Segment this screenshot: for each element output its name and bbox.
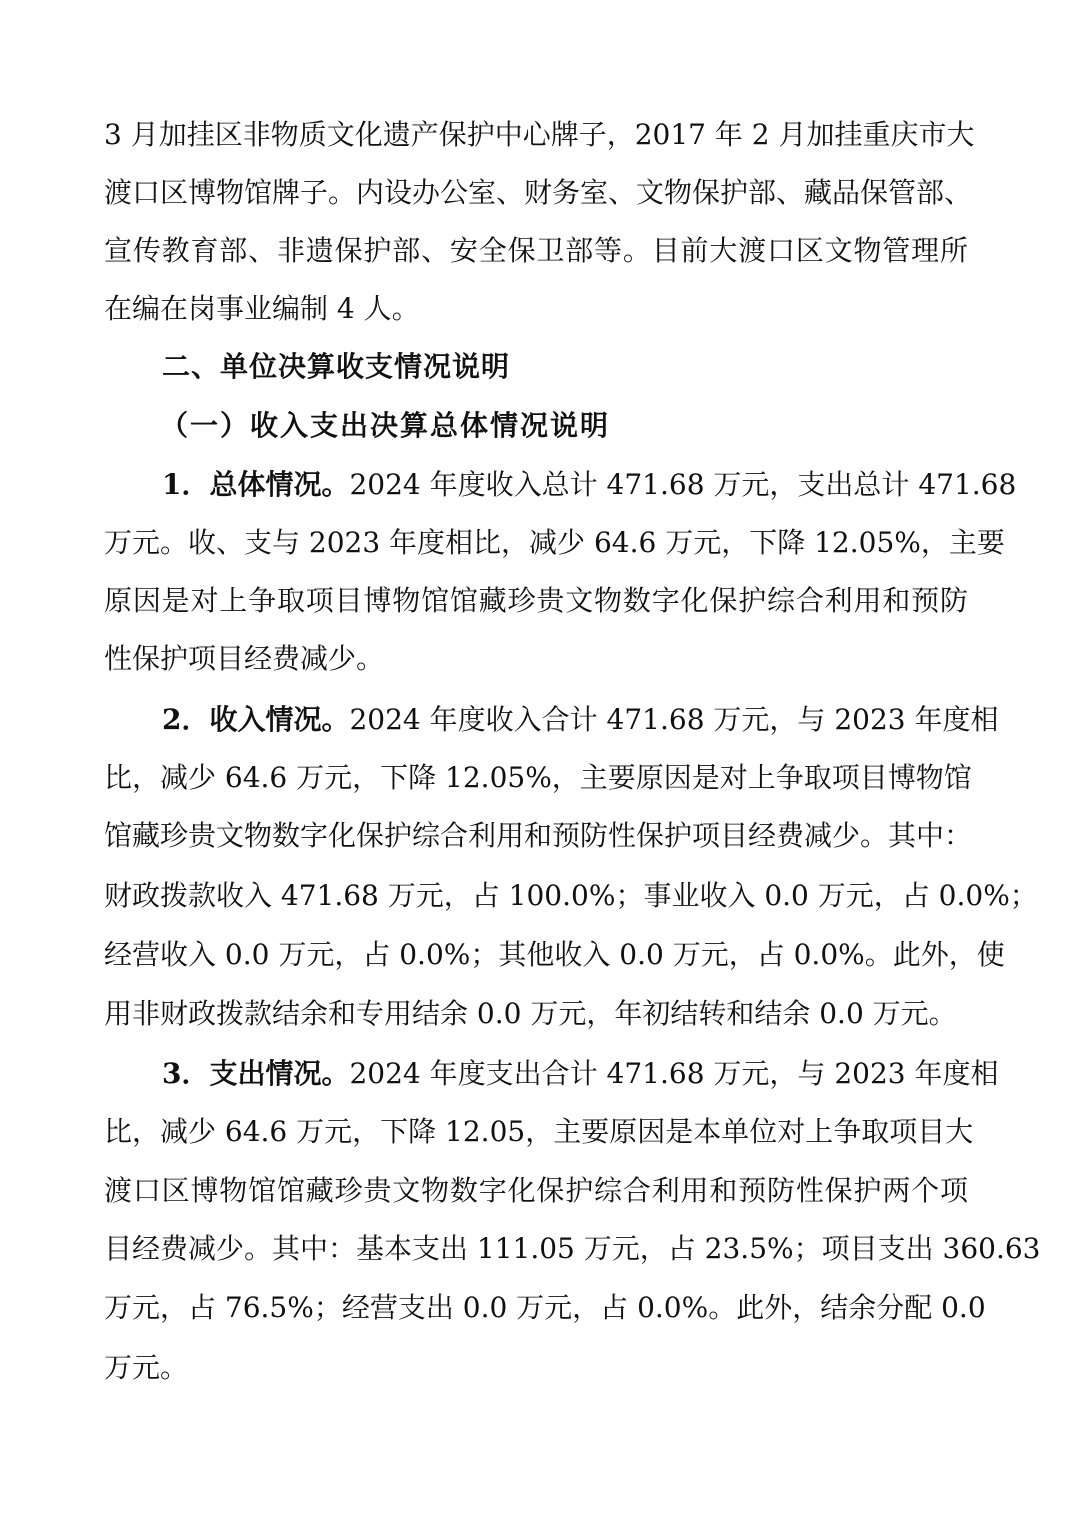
item-line: 万元。收、支与 2023 年度相比，减少 64.6 万元，下降 12.05%，主… [104,523,968,563]
item-expenditure-first-line: 3．支出情况。2024 年度支出合计 471.68 万元，与 2023 年度相 [162,1054,968,1094]
intro-line: 宣传教育部、非遗保护部、安全保卫部等。目前大渡口区文物管理所 [104,231,968,271]
item-line: 比，减少 64.6 万元，下降 12.05，主要原因是本单位对上争取项目大 [104,1112,968,1152]
item-text: 2024 年度支出合计 471.68 万元，与 2023 年度相 [349,1057,998,1090]
item-line: 渡口区博物馆馆藏珍贵文物数字化保护综合利用和预防性保护两个项 [104,1171,968,1211]
intro-line: 渡口区博物馆牌子。内设办公室、财务室、文物保护部、藏品保管部、 [104,173,968,213]
item-line: 万元。 [104,1348,968,1388]
item-line: 财政拨款收入 471.68 万元，占 100.0%；事业收入 0.0 万元，占 … [104,876,968,916]
item-lead: 2．收入情况。 [162,703,349,736]
item-lead: 1．总体情况。 [162,468,349,501]
item-line: 用非财政拨款结余和专用结余 0.0 万元，年初结转和结余 0.0 万元。 [104,994,968,1034]
item-line: 馆藏珍贵文物数字化保护综合利用和预防性保护项目经费减少。其中： [104,816,968,856]
item-line: 经营收入 0.0 万元，占 0.0%；其他收入 0.0 万元，占 0.0%。此外… [104,935,968,975]
subsection-heading: （一）收入支出决算总体情况说明 [160,406,610,446]
document-page: 3 月加挂区非物质文化遗产保护中心牌子，2017 年 2 月加挂重庆市大 渡口区… [0,0,1074,1520]
item-overall-first-line: 1．总体情况。2024 年度收入总计 471.68 万元，支出总计 471.68 [162,465,968,505]
item-line: 万元，占 76.5%；经营支出 0.0 万元，占 0.0%。此外，结余分配 0.… [104,1288,968,1328]
intro-line: 3 月加挂区非物质文化遗产保护中心牌子，2017 年 2 月加挂重庆市大 [104,115,968,155]
item-lead: 3．支出情况。 [162,1057,349,1090]
section-heading: 二、单位决算收支情况说明 [162,347,510,387]
item-income-first-line: 2．收入情况。2024 年度收入合计 471.68 万元，与 2023 年度相 [162,700,968,740]
item-line: 目经费减少。其中：基本支出 111.05 万元，占 23.5%；项目支出 360… [104,1229,968,1269]
item-line: 性保护项目经费减少。 [104,639,968,679]
item-text: 2024 年度收入合计 471.68 万元，与 2023 年度相 [349,703,998,736]
item-line: 比，减少 64.6 万元，下降 12.05%，主要原因是对上争取项目博物馆 [104,758,968,798]
item-line: 原因是对上争取项目博物馆馆藏珍贵文物数字化保护综合利用和预防 [104,581,968,621]
intro-line: 在编在岗事业编制 4 人。 [104,289,968,329]
item-text: 2024 年度收入总计 471.68 万元，支出总计 471.68 [349,468,1016,501]
